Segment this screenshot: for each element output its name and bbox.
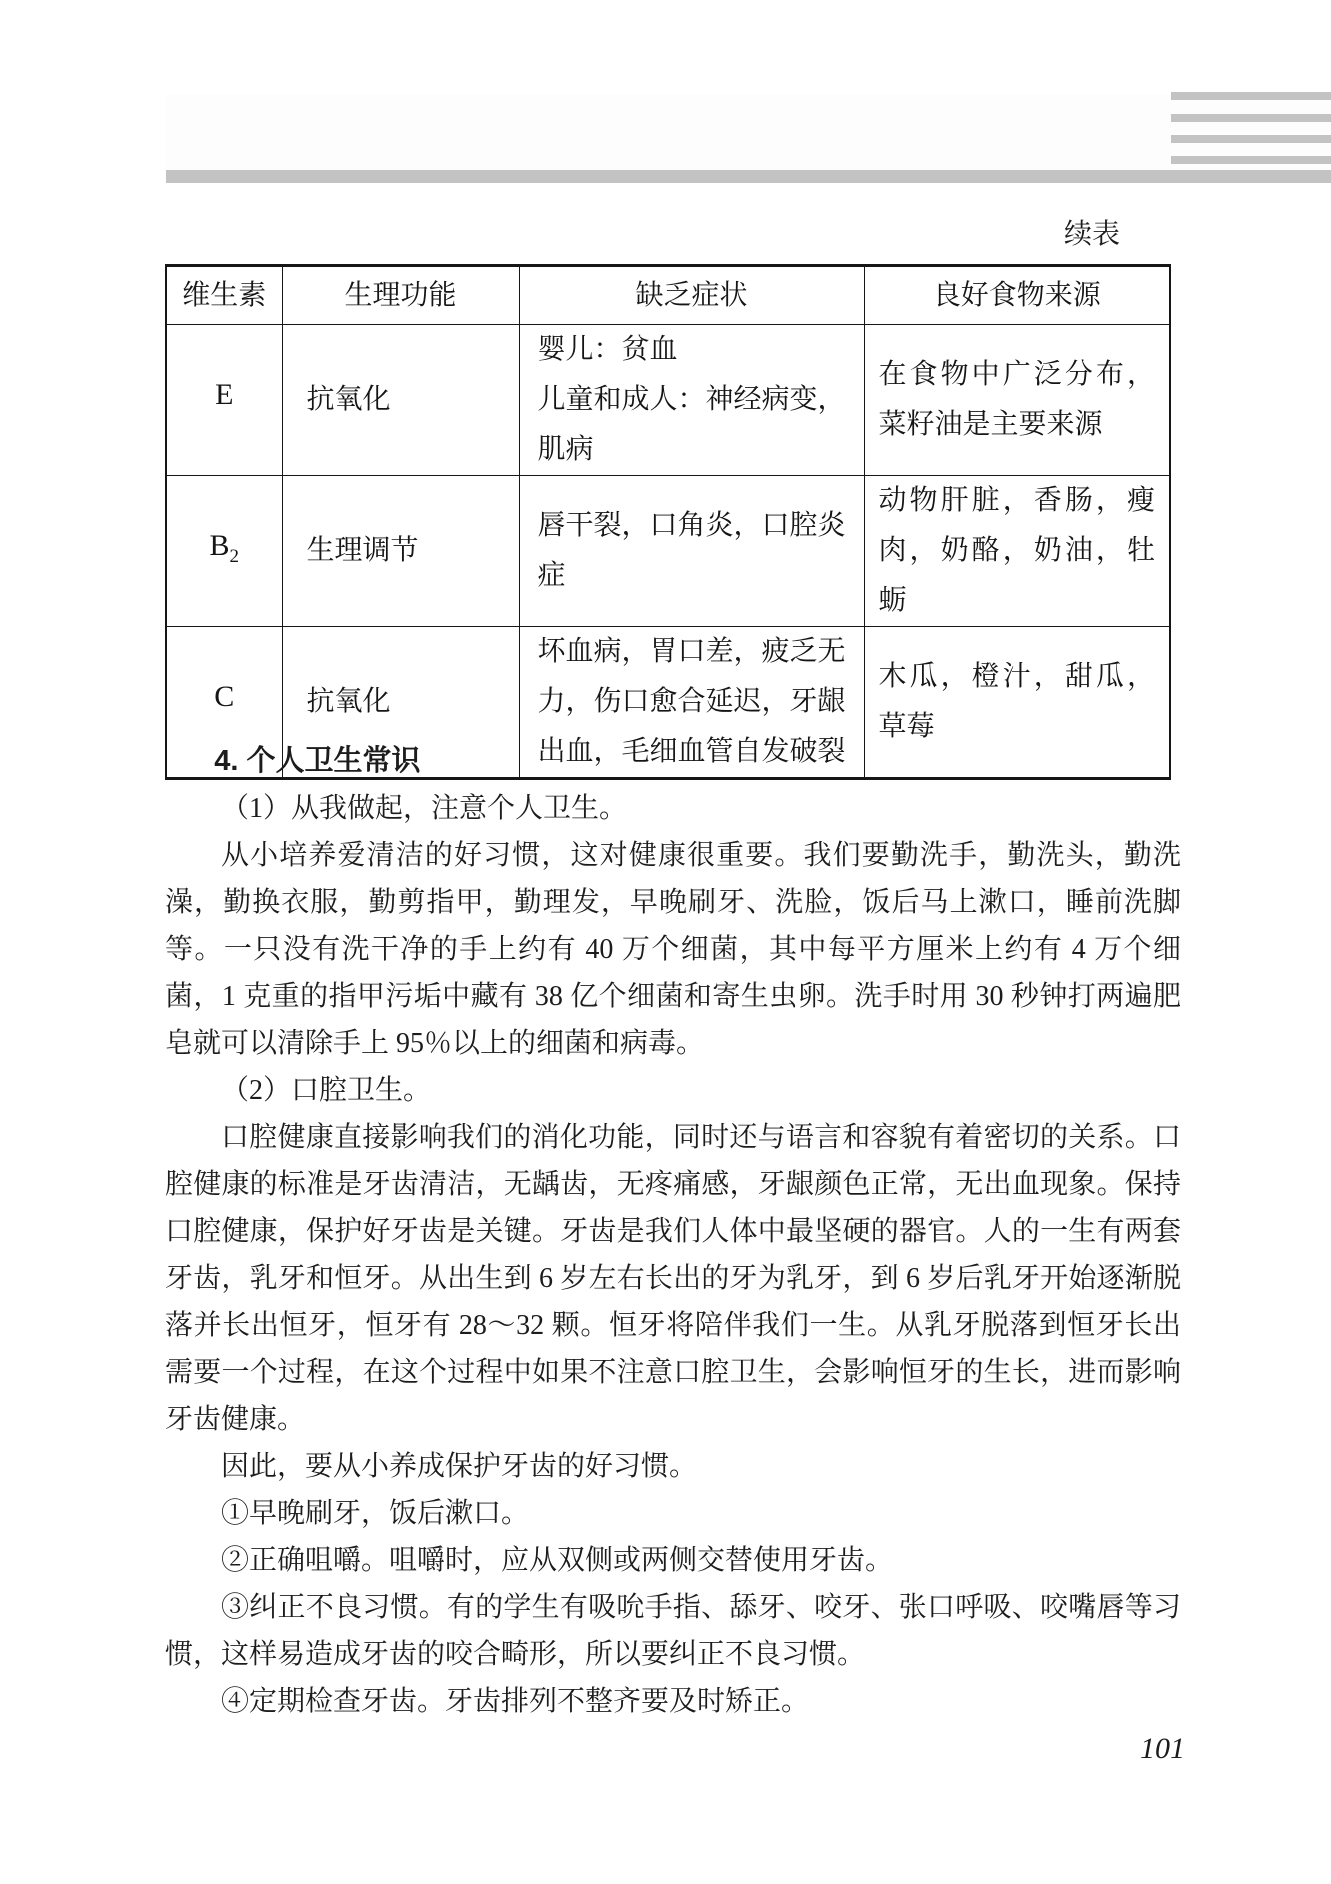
- vitamin-letter: E: [215, 378, 233, 411]
- paragraph: ③纠正不良习惯。有的学生有吸吮手指、舔牙、咬牙、张口呼吸、咬嘴唇等习惯，这样易造…: [165, 1584, 1181, 1678]
- vitamin-subscript: 2: [230, 546, 240, 567]
- cell-sources: 在食物中广泛分布，菜籽油是主要来源: [864, 325, 1170, 476]
- header-band: [166, 170, 1331, 183]
- col-header-vitamin: 维生素: [166, 266, 282, 325]
- cell-vitamin: E: [166, 325, 282, 476]
- vitamin-table: 维生素 生理功能 缺乏症状 良好食物来源 E 抗氧化 婴儿：贫血 儿童和成人：神…: [165, 264, 1171, 780]
- cell-sources: 动物肝脏，香肠，瘦肉，奶酪，奶油，牡蛎: [864, 476, 1170, 627]
- col-header-sources: 良好食物来源: [864, 266, 1170, 325]
- content-section: 4. 个人卫生常识 （1）从我做起，注意个人卫生。 从小培养爱清洁的好习惯，这对…: [165, 738, 1181, 1725]
- paragraph: 因此，要从小养成保护牙齿的好习惯。: [165, 1443, 1181, 1490]
- vitamin-table-wrapper: 维生素 生理功能 缺乏症状 良好食物来源 E 抗氧化 婴儿：贫血 儿童和成人：神…: [165, 264, 1169, 780]
- table-header-row: 维生素 生理功能 缺乏症状 良好食物来源: [166, 266, 1170, 325]
- table-continued-label: 续表: [1064, 218, 1120, 252]
- cell-function: 生理调节: [282, 476, 519, 627]
- header-light-panel: [166, 95, 1331, 170]
- cell-symptoms: 唇干裂，口角炎，口腔炎症: [519, 476, 864, 627]
- header-stripe-icon: [1171, 92, 1331, 100]
- paragraph: ②正确咀嚼。咀嚼时，应从双侧或两侧交替使用牙齿。: [165, 1537, 1181, 1584]
- paragraph: ①早晚刷牙，饭后漱口。: [165, 1490, 1181, 1537]
- cell-vitamin: B2: [166, 476, 282, 627]
- table-row: B2 生理调节 唇干裂，口角炎，口腔炎症 动物肝脏，香肠，瘦肉，奶酪，奶油，牡蛎: [166, 476, 1170, 627]
- col-header-symptoms: 缺乏症状: [519, 266, 864, 325]
- col-header-function: 生理功能: [282, 266, 519, 325]
- paragraph: ④定期检查牙齿。牙齿排列不整齐要及时矫正。: [165, 1678, 1181, 1725]
- cell-symptoms: 婴儿：贫血 儿童和成人：神经病变，肌病: [519, 325, 864, 476]
- header-stripe-icon: [1171, 114, 1331, 122]
- paragraph: 口腔健康直接影响我们的消化功能，同时还与语言和容貌有着密切的关系。口腔健康的标准…: [165, 1114, 1181, 1443]
- paragraph: （2）口腔卫生。: [165, 1067, 1181, 1114]
- book-page: 续表 维生素 生理功能 缺乏症状 良好食物来源 E 抗氧化: [0, 0, 1331, 1884]
- paragraph: 从小培养爱清洁的好习惯，这对健康很重要。我们要勤洗手，勤洗头，勤洗澡，勤换衣服，…: [165, 832, 1181, 1067]
- header-stripe-icon: [1171, 135, 1331, 143]
- section-heading: 4. 个人卫生常识: [165, 738, 1181, 785]
- page-number: 101: [1140, 1732, 1185, 1766]
- cell-function: 抗氧化: [282, 325, 519, 476]
- vitamin-letter: C: [214, 680, 234, 713]
- table-row: E 抗氧化 婴儿：贫血 儿童和成人：神经病变，肌病 在食物中广泛分布，菜籽油是主…: [166, 325, 1170, 476]
- vitamin-letter: B: [209, 529, 229, 562]
- header-stripe-icon: [1171, 156, 1331, 164]
- paragraph: （1）从我做起，注意个人卫生。: [165, 785, 1181, 832]
